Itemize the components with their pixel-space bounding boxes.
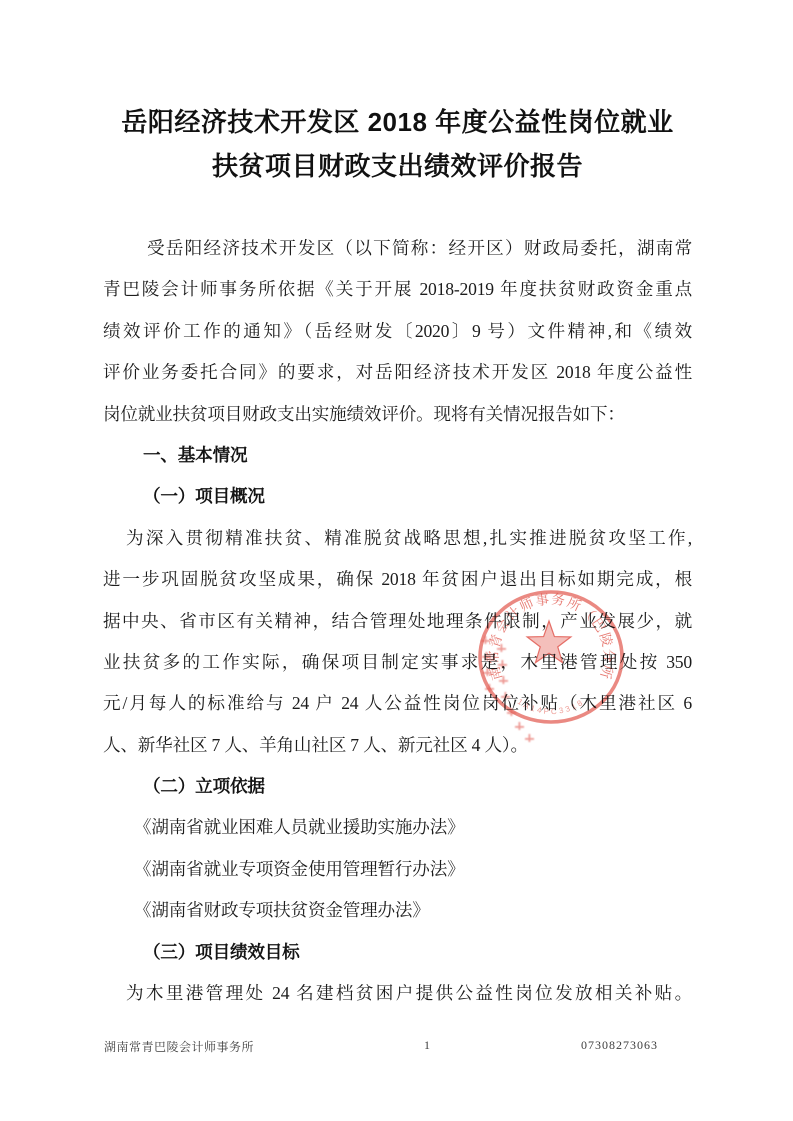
report-body: 受岳阳经济技术开发区（以下简称：经开区）财政局委托，湖南常 青巴陵会计师事务所依… xyxy=(103,228,692,1014)
section-heading-performance-goal: （三）项目绩效目标 xyxy=(103,932,692,973)
overview-line: 业扶贫多的工作实际，确保项目制定实事求是，木里港管理处按 350 xyxy=(103,642,692,683)
intro-line: 岗位就业扶贫项目财政支出实施绩效评价。现将有关情况报告如下： xyxy=(103,394,692,435)
reference-line: 《湖南省就业困难人员就业援助实施办法》 xyxy=(103,807,692,848)
report-title: 岳阳经济技术开发区 2018 年度公益性岗位就业 扶贫项目财政支出绩效评价报告 xyxy=(103,0,692,188)
scanned-report-page: 岳阳经济技术开发区 2018 年度公益性岗位就业 扶贫项目财政支出绩效评价报告 … xyxy=(0,0,793,1121)
goal-line: 为木里港管理处 24 名建档贫困户提供公益性岗位发放相关补贴。 xyxy=(103,973,692,1014)
overview-line: 元/月每人的标准给与 24 户 24 人公益性岗位岗位补贴（木里港社区 6 xyxy=(103,683,692,724)
section-heading-project-overview: （一）项目概况 xyxy=(103,476,692,517)
footer-page-number: 1 xyxy=(424,1038,431,1053)
footer-phone-number: 07308273063 xyxy=(581,1038,658,1053)
intro-line: 青巴陵会计师事务所依据《关于开展 2018-2019 年度扶贫财政资金重点 xyxy=(103,269,692,310)
overview-line: 人、新华社区 7 人、羊角山社区 7 人、新元社区 4 人）。 xyxy=(103,725,692,766)
intro-line: 受岳阳经济技术开发区（以下简称：经开区）财政局委托，湖南常 xyxy=(103,228,692,269)
overview-line: 为深入贯彻精准扶贫、精准脱贫战略思想,扎实推进脱贫攻坚工作, xyxy=(103,518,692,559)
intro-line: 绩效评价工作的通知》（岳经财发〔2020〕9 号）文件精神,和《绩效 xyxy=(103,311,692,352)
intro-line: 评价业务委托合同》的要求，对岳阳经济技术开发区 2018 年度公益性 xyxy=(103,352,692,393)
page-footer: 湖南常青巴陵会计师事务所 1 07308273063 xyxy=(0,1038,793,1058)
reference-line: 《湖南省就业专项资金使用管理暂行办法》 xyxy=(103,849,692,890)
section-heading-project-basis: （二）立项依据 xyxy=(103,766,692,807)
report-title-line-2: 扶贫项目财政支出绩效评价报告 xyxy=(103,144,692,188)
report-title-line-1: 岳阳经济技术开发区 2018 年度公益性岗位就业 xyxy=(103,100,692,144)
reference-line: 《湖南省财政专项扶贫资金管理办法》 xyxy=(103,890,692,931)
section-heading-basic-info: 一、基本情况 xyxy=(103,435,692,476)
overview-line: 进一步巩固脱贫攻坚成果，确保 2018 年贫困户退出目标如期完成，根 xyxy=(103,559,692,600)
overview-line: 据中央、省市区有关精神，结合管理处地理条件限制，产业发展少，就 xyxy=(103,601,692,642)
footer-firm-name: 湖南常青巴陵会计师事务所 xyxy=(104,1038,254,1055)
